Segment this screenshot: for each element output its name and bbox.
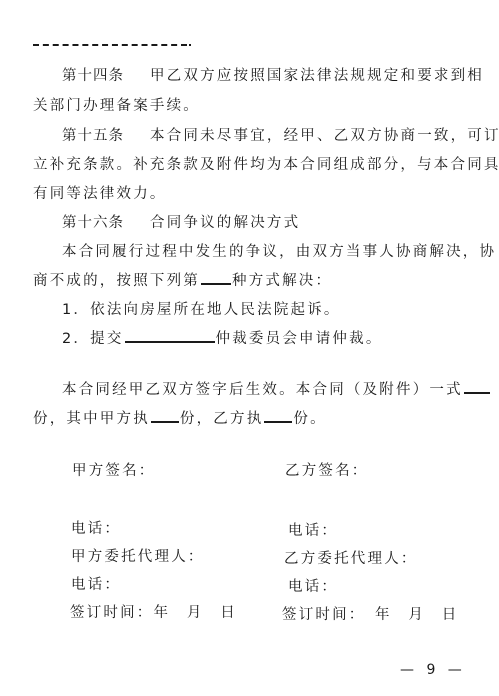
clause-14-line-2: 关部门办理备案手续。 [33, 96, 200, 116]
clause-15-line-1: 第十五条本合同未尽事宜，经甲、乙双方协商一致，可订 [62, 126, 499, 146]
clause-16-heading: 合同争议的解决方式 [150, 215, 300, 231]
clause-16-title: 第十六条 [62, 215, 124, 231]
clause-16-option-1: 1．依法向房屋所在地人民法院起诉。 [62, 300, 341, 320]
clause-15-title: 第十五条 [62, 128, 124, 144]
party-b-agent-phone: 电话： [288, 577, 338, 597]
fill-in-dashed-line [33, 44, 187, 46]
period-mark [189, 44, 191, 46]
clause-16-body-2-text: 商不成的，按照下列第 [33, 273, 200, 289]
party-b-phone: 电话： [288, 521, 338, 541]
clause-16-body-2-suffix: 种方式解决： [232, 273, 332, 289]
party-a-phone: 电话： [71, 519, 121, 539]
effect-text: 本合同经甲乙双方签字后生效。本合同（及附件）一式 [62, 382, 463, 398]
party-b-sign: 乙方签名： [285, 461, 369, 481]
clause-16-option-2: 2．提交仲裁委员会申请仲裁。 [62, 329, 383, 349]
total-copies-blank[interactable] [464, 380, 490, 394]
clause-15-text-1: 本合同未尽事宜，经甲、乙双方协商一致，可订 [150, 128, 499, 144]
clause-16-line-1: 第十六条合同争议的解决方式 [62, 213, 300, 233]
page-number: — 9 — [400, 662, 466, 678]
party-a-copies-blank[interactable] [151, 409, 179, 423]
clause-15-line-3: 有同等法律效力。 [33, 184, 167, 204]
method-number-blank[interactable] [201, 271, 231, 285]
arbitration-commission-blank[interactable] [125, 329, 215, 343]
option-2-prefix: 2．提交 [62, 331, 124, 347]
party-b-agent: 乙方委托代理人： [284, 549, 418, 569]
party-a-agent: 甲方委托代理人： [71, 547, 205, 567]
party-a-sign: 甲方签名： [72, 461, 156, 481]
option-2-suffix: 仲裁委员会申请仲裁。 [216, 331, 383, 347]
clause-16-body-1: 本合同履行过程中发生的争议，由双方当事人协商解决，协 [62, 242, 496, 262]
party-b-copies-blank[interactable] [264, 409, 292, 423]
clause-14-line-1: 第十四条甲乙双方应按照国家法律法规规定和要求到相 [62, 66, 484, 86]
effect-line-2: 份，其中甲方执份，乙方执份。 [33, 409, 327, 429]
clause-14-title: 第十四条 [62, 68, 124, 84]
clause-15-line-2: 立补充条款。补充条款及附件均为本合同组成部分，与本合同具 [33, 155, 499, 175]
clause-16-body-2: 商不成的，按照下列第种方式解决： [33, 271, 332, 291]
clause-14-text-1: 甲乙双方应按照国家法律法规规定和要求到相 [150, 68, 484, 84]
party-a-date: 签订时间：年 月 日 [70, 603, 237, 623]
effect-line-1: 本合同经甲乙双方签字后生效。本合同（及附件）一式 [62, 380, 491, 400]
party-b-date: 签订时间： 年 月 日 [282, 605, 458, 625]
copies-suffix: 份。 [293, 411, 326, 427]
party-a-copies-label: 份，其中甲方执 [33, 411, 150, 427]
party-a-agent-phone: 电话： [71, 575, 121, 595]
party-b-copies-label: 份，乙方执 [180, 411, 264, 427]
